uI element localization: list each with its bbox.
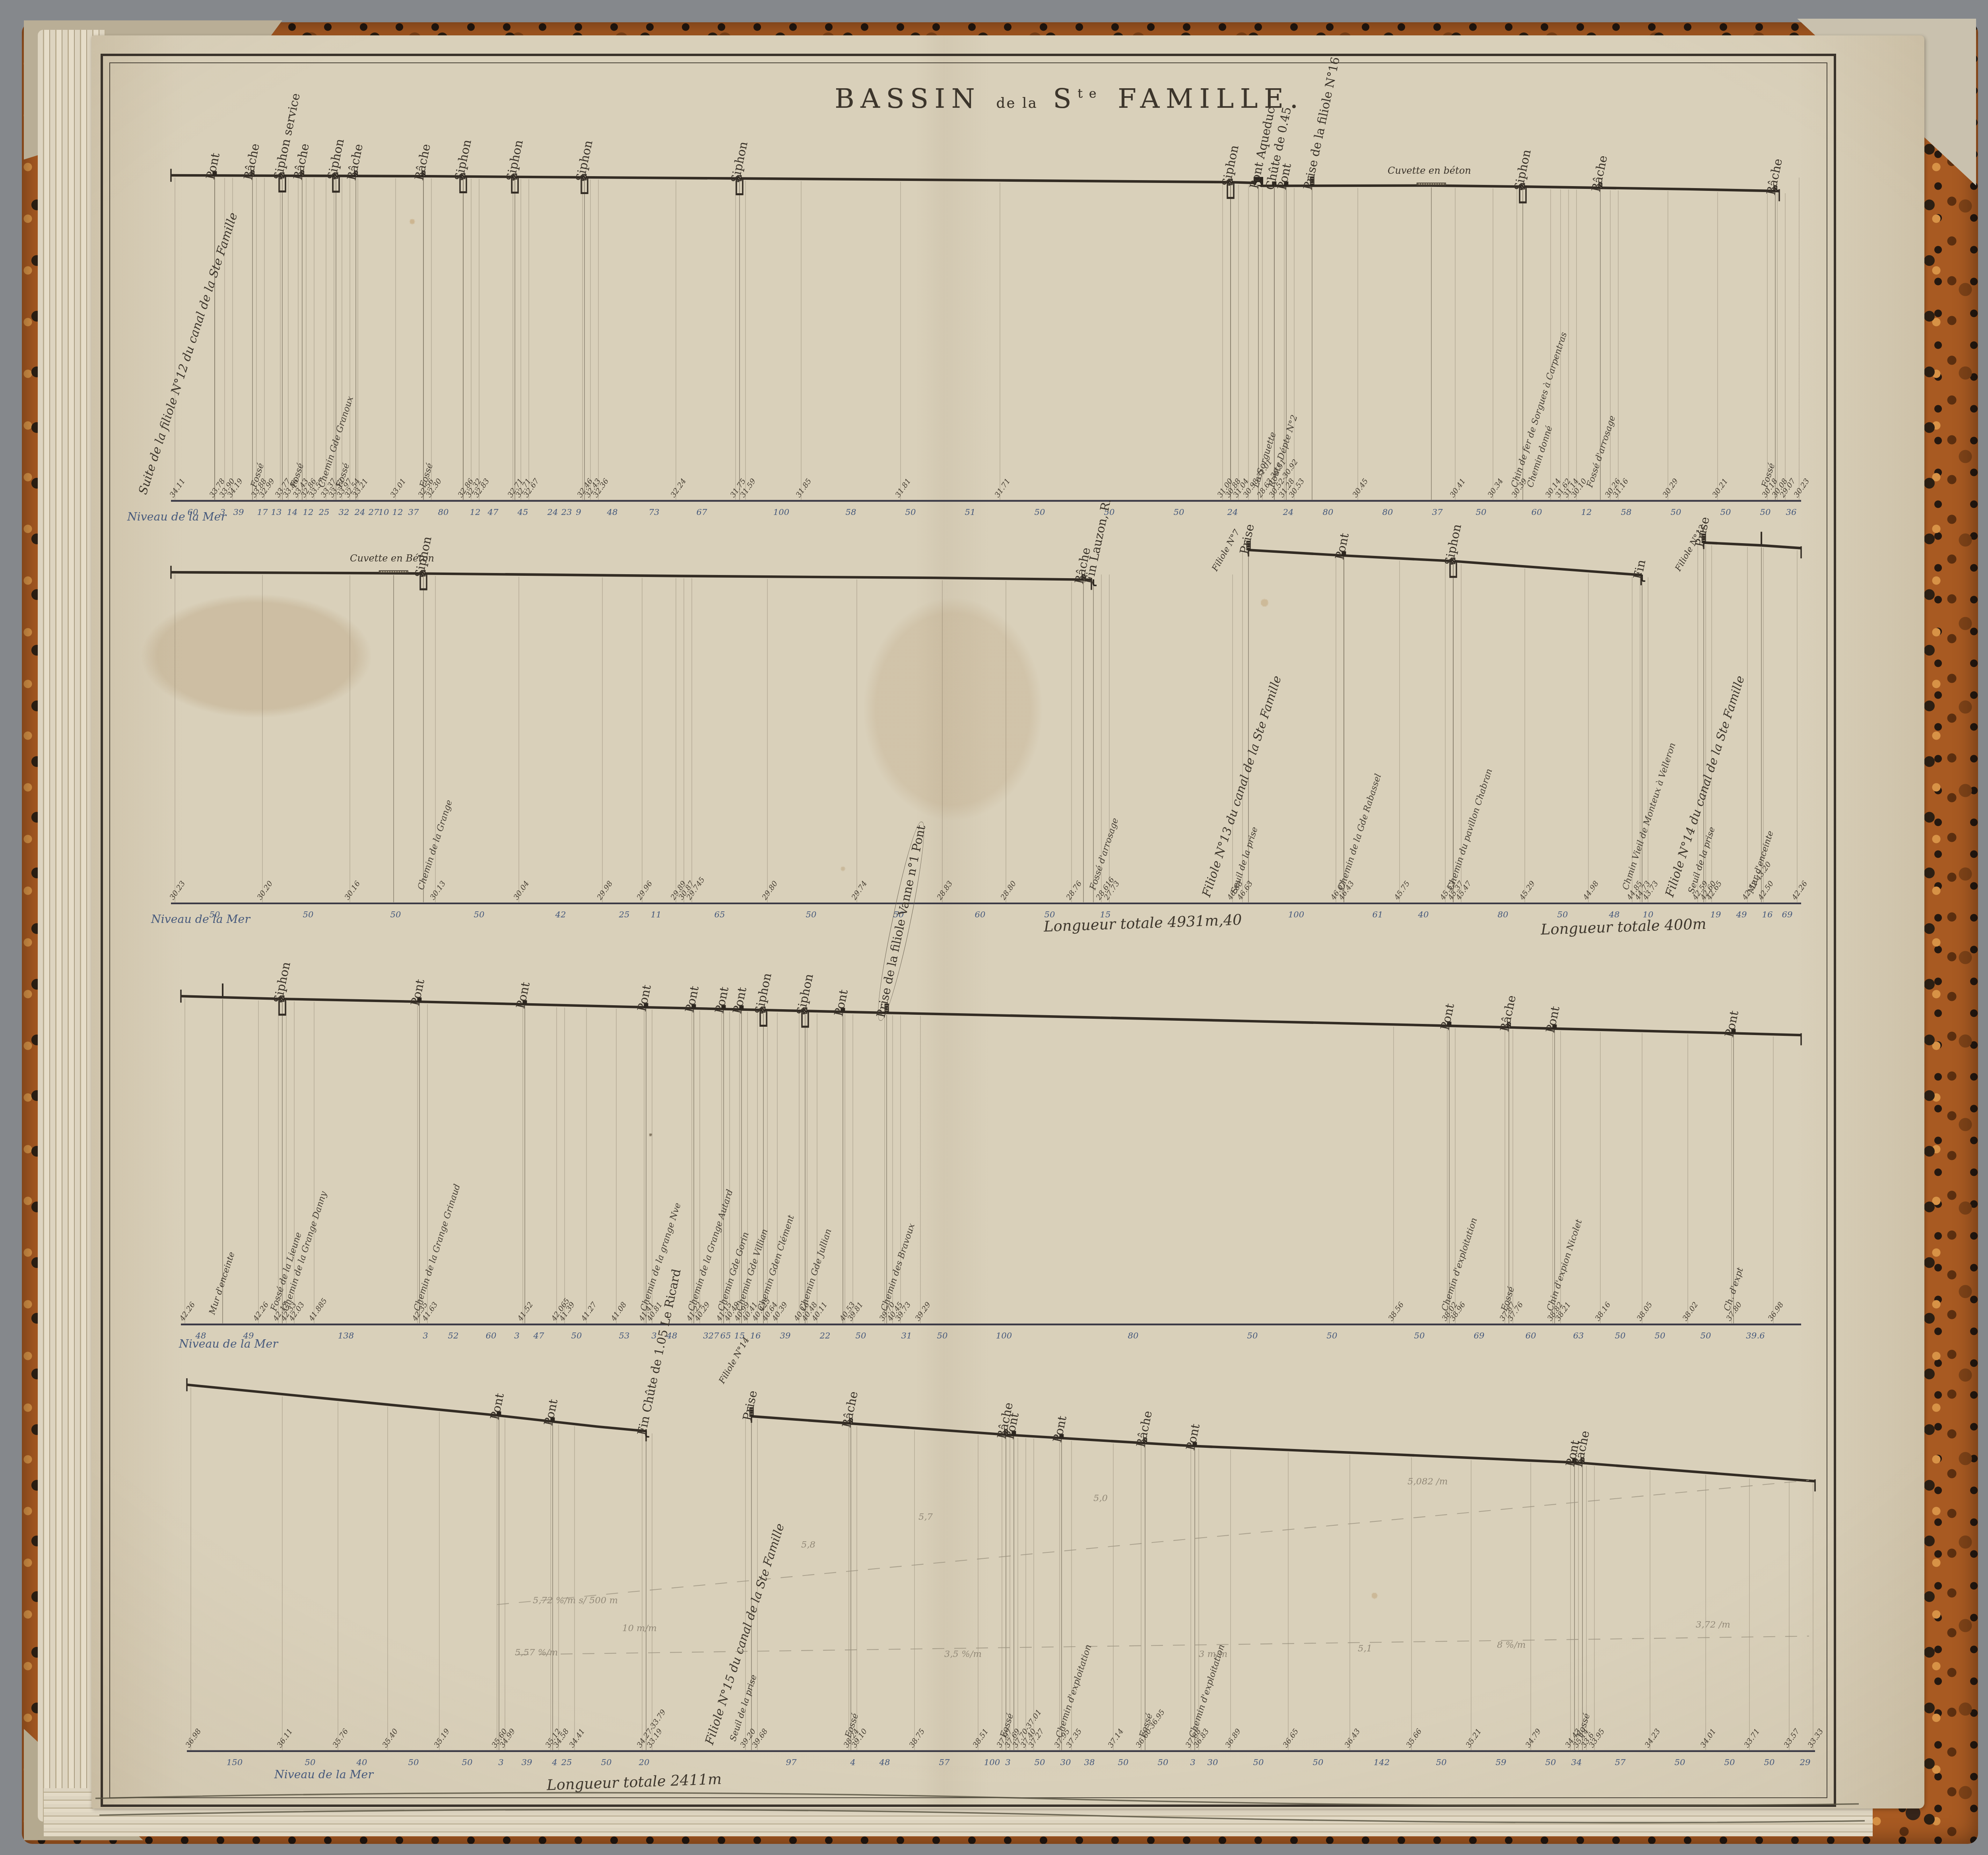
page-title: BASSIN de la Ste FAMILLE.: [835, 82, 1305, 115]
distance-value: 4: [552, 1758, 557, 1768]
pencil-annotation: 5,0: [1093, 1493, 1108, 1503]
distance-value: 37: [1432, 507, 1442, 517]
distance-value: 47: [487, 507, 498, 517]
sheet-edge-line: [99, 1810, 1865, 1823]
distance-value: 52: [448, 1331, 458, 1341]
distance-value: 65: [714, 910, 725, 920]
distance-value: 37: [408, 507, 419, 517]
distance-value: 80: [1128, 1331, 1138, 1341]
distance-value: 60: [1531, 507, 1542, 517]
distance-value: 12: [470, 507, 480, 517]
pencil-annotation: 3,5 %/m: [944, 1649, 982, 1659]
distance-value: 50: [806, 910, 816, 920]
cuvette-marker: [1417, 183, 1446, 186]
sea-level-label: Niveau de la Mer: [179, 1337, 278, 1350]
feature-label: Cuvette en béton: [1388, 165, 1471, 176]
distance-value: 50: [1475, 507, 1486, 517]
distance-value: 53: [619, 1331, 629, 1341]
distance-value: 3: [498, 1758, 504, 1768]
distance-value: 100: [984, 1758, 1000, 1768]
distance-value: 9: [576, 507, 581, 517]
title-sainte: Ste: [1053, 83, 1103, 114]
distance-value: 69: [1474, 1331, 1484, 1341]
distance-value: 48: [607, 507, 617, 517]
distance-value: 3: [1190, 1758, 1196, 1768]
distance-value: 50: [474, 910, 484, 920]
distance-value: 57: [939, 1758, 949, 1768]
distance-value: 19: [1710, 910, 1721, 920]
distance-value: 50: [1615, 1331, 1625, 1341]
profile: [1704, 543, 1801, 548]
distance-value: 50: [1724, 1758, 1735, 1768]
distance-value: 27: [368, 507, 379, 517]
distance-value: 16: [1762, 910, 1773, 920]
distance-value: 30: [1207, 1758, 1218, 1768]
distance-value: 60: [485, 1331, 496, 1341]
distance-value: 31: [901, 1331, 912, 1341]
pencil-annotation: 5,8: [801, 1540, 815, 1550]
distance-value: 50: [1173, 507, 1184, 517]
distance-value: 100: [773, 507, 790, 517]
distance-value: 20: [639, 1758, 649, 1768]
profile: [171, 572, 1091, 580]
distance-value: 58: [845, 507, 856, 517]
pencil-annotation: 5,7: [918, 1512, 933, 1522]
distance-value: 12: [303, 507, 313, 517]
distance-value: 73: [648, 507, 659, 517]
distance-value: 36: [1786, 507, 1796, 517]
distance-value: 50: [905, 507, 916, 517]
pencil-annotation: 3,72 /m: [1696, 1620, 1730, 1630]
distance-value: 50: [1247, 1331, 1258, 1341]
distance-value: 49: [1736, 910, 1747, 920]
distance-value: 14: [287, 507, 297, 517]
distance-value: 27: [708, 1331, 719, 1341]
distance-value: 50: [1760, 507, 1771, 517]
distance-value: 58: [1621, 507, 1631, 517]
title-dela: de la: [996, 95, 1038, 111]
pencil-annotation: 5,082 /m: [1408, 1476, 1448, 1487]
distance-value: 61: [1372, 910, 1383, 920]
distance-value: 25: [318, 507, 329, 517]
distance-value: 80: [1497, 910, 1508, 920]
distance-value: 24: [547, 507, 558, 517]
distance-value: 50: [408, 1758, 419, 1768]
distance-value: 11: [650, 910, 661, 920]
distance-value: 50: [303, 910, 313, 920]
sheet-edge-line: [95, 1793, 1859, 1806]
distance-value: 50: [1545, 1758, 1556, 1768]
distance-value: 50: [855, 1331, 866, 1341]
distance-value: 50: [1157, 1758, 1168, 1768]
distance-value: 65: [720, 1331, 731, 1341]
distance-value: 39: [233, 507, 244, 517]
distance-value: 3: [1005, 1758, 1011, 1768]
distance-value: 150: [227, 1758, 243, 1768]
distance-value: 10: [378, 507, 389, 517]
distance-value: 50: [1654, 1331, 1665, 1341]
distance-value: 48: [879, 1758, 890, 1768]
distance-value: 13: [271, 507, 282, 517]
distance-value: 50: [571, 1331, 582, 1341]
title-bassin: BASSIN: [835, 83, 981, 114]
post-marker: [222, 983, 223, 997]
distance-value: 25: [619, 910, 629, 920]
pencil-annotation: 5,57 %/m: [515, 1647, 558, 1658]
pencil-guide-line: [517, 1636, 1809, 1655]
distance-value: 50: [1414, 1331, 1425, 1341]
distance-value: 17: [257, 507, 268, 517]
cuvette-marker: [379, 570, 408, 573]
distance-value: 50: [1670, 507, 1681, 517]
distance-value: 24: [1283, 507, 1293, 517]
distance-value: 50: [1436, 1758, 1446, 1768]
distance-value: 50: [1118, 1758, 1128, 1768]
pencil-guide-line: [497, 1480, 1809, 1605]
profile: [187, 1385, 646, 1431]
distance-value: 22: [819, 1331, 830, 1341]
distance-value: 50: [1312, 1758, 1323, 1768]
distance-value: 50: [1720, 507, 1731, 517]
sea-level-label: Niveau de la Mer: [274, 1768, 373, 1781]
distance-value: 51: [965, 507, 975, 517]
pencil-annotation: 10 m/m: [622, 1623, 657, 1634]
distance-value: 50: [1326, 1331, 1337, 1341]
distance-value: 50: [601, 1758, 612, 1768]
distance-value: 12: [392, 507, 403, 517]
distance-value: 97: [786, 1758, 796, 1768]
distance-value: 12: [1581, 507, 1592, 517]
distance-value: 50: [1034, 507, 1045, 517]
distance-value: 40: [356, 1758, 367, 1768]
pencil-annotation: 8 %/m: [1497, 1640, 1526, 1650]
distance-value: 80: [1382, 507, 1393, 517]
distance-value: 138: [338, 1331, 354, 1341]
distance-value: 32: [338, 507, 349, 517]
stage: BASSIN de la Ste FAMILLE. 34.1133.7833.9…: [0, 0, 1988, 1855]
distance-value: 3: [703, 1331, 709, 1341]
sea-level-label: Niveau de la Mer: [151, 913, 250, 926]
distance-value: 40: [1418, 910, 1429, 920]
distance-value: 24: [354, 507, 365, 517]
post-marker: [1761, 532, 1762, 546]
distance-value: 25: [561, 1758, 572, 1768]
distance-value: 60: [975, 910, 985, 920]
distance-value: 24: [1227, 507, 1238, 517]
distance-value: 142: [1374, 1758, 1390, 1768]
distance-value: 50: [390, 910, 401, 920]
distance-value: 63: [1573, 1331, 1584, 1341]
profile: [751, 1416, 1815, 1481]
sea-level-label: Niveau de la Mer: [127, 510, 226, 523]
distance-value: 50: [937, 1331, 947, 1341]
distance-value: 50: [462, 1758, 472, 1768]
distance-value: 59: [1495, 1758, 1506, 1768]
distance-value: 80: [438, 507, 448, 517]
distance-value: 100: [996, 1331, 1012, 1341]
distance-value: 29: [1800, 1758, 1810, 1768]
distance-value: 4: [850, 1758, 856, 1768]
distance-value: 38: [1084, 1758, 1095, 1768]
distance-value: 34: [1571, 1758, 1582, 1768]
distance-value: 69: [1782, 910, 1792, 920]
distance-value: 50: [1034, 1758, 1045, 1768]
distance-value: 57: [1615, 1758, 1625, 1768]
distance-value: 23: [561, 507, 572, 517]
pencil-annotation: 5,1: [1358, 1643, 1372, 1654]
distance-value: 50: [1557, 910, 1568, 920]
distance-value: 50: [305, 1758, 315, 1768]
pencil-annotation: 5,72 %/m s/ 500 m: [533, 1595, 618, 1606]
distance-value: 3: [423, 1331, 428, 1341]
distance-value: 50: [1700, 1331, 1711, 1341]
pencil-annotation: 3 m/m: [1199, 1649, 1227, 1659]
distance-value: 45: [517, 507, 528, 517]
distance-value: 50: [1674, 1758, 1685, 1768]
distance-value: 39: [780, 1331, 790, 1341]
distance-value: 60: [1525, 1331, 1536, 1341]
distance-value: 67: [696, 507, 707, 517]
distance-value: 100: [1288, 910, 1305, 920]
distance-value: 50: [1764, 1758, 1774, 1768]
distance-value: 42: [555, 910, 566, 920]
distance-value: 47: [533, 1331, 544, 1341]
distance-value: 3: [514, 1331, 520, 1341]
distance-value: 30: [1060, 1758, 1071, 1768]
distance-value: 39: [521, 1758, 532, 1768]
distance-value: 16: [750, 1331, 761, 1341]
distance-value: 80: [1322, 507, 1333, 517]
distance-value: 50: [1253, 1758, 1264, 1768]
distance-value: 39.6: [1746, 1331, 1765, 1341]
